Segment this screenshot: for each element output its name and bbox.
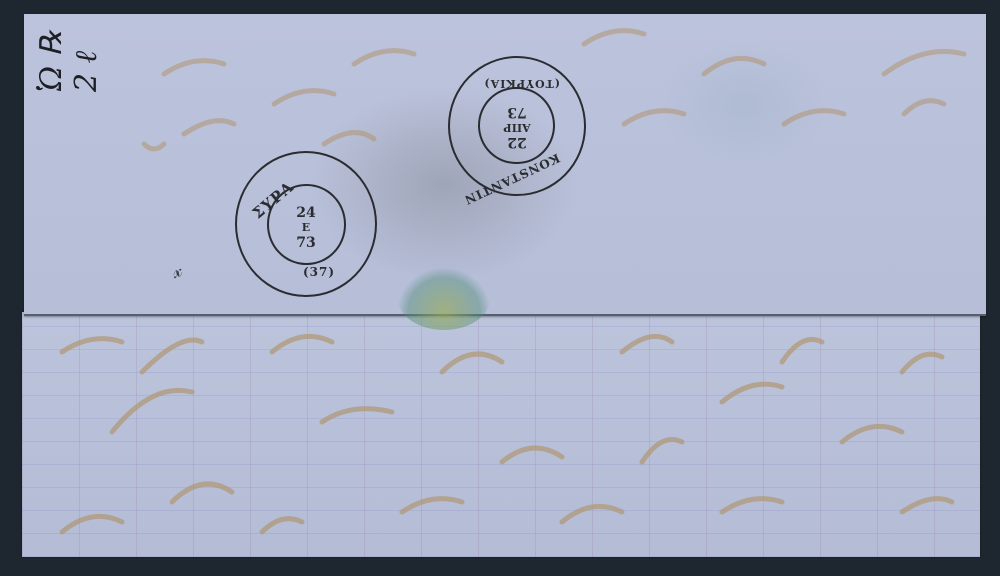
wax-seal-remnant [398, 268, 490, 330]
postmark-year: 73 [450, 104, 584, 120]
postmark-country: (ΤΟΥΡΚΙΑ) [483, 77, 560, 90]
postmark-day: 22 [450, 134, 584, 150]
manuscript-text: Ὡ ℞ 2 ℓ [34, 18, 104, 92]
lower-letter-sheet [22, 312, 980, 557]
show-through-handwriting-lower [22, 312, 980, 557]
postmark-month: Ε [237, 221, 375, 234]
constantinople-postmark: KONSTANTIN 22 ΑΠΡ 73 (ΤΟΥΡΚΙΑ) [448, 56, 586, 196]
postmark-day: 24 [237, 205, 375, 221]
postmark-month: ΑΠΡ [450, 121, 584, 134]
manuscript-annotation: Ὡ ℞ 2 ℓ [26, 20, 106, 280]
syra-postmark: ΣΥΡΑ 24 Ε 73 (37) [235, 151, 377, 297]
postmark-number: (37) [303, 265, 335, 279]
postmark-year: 73 [237, 235, 375, 251]
